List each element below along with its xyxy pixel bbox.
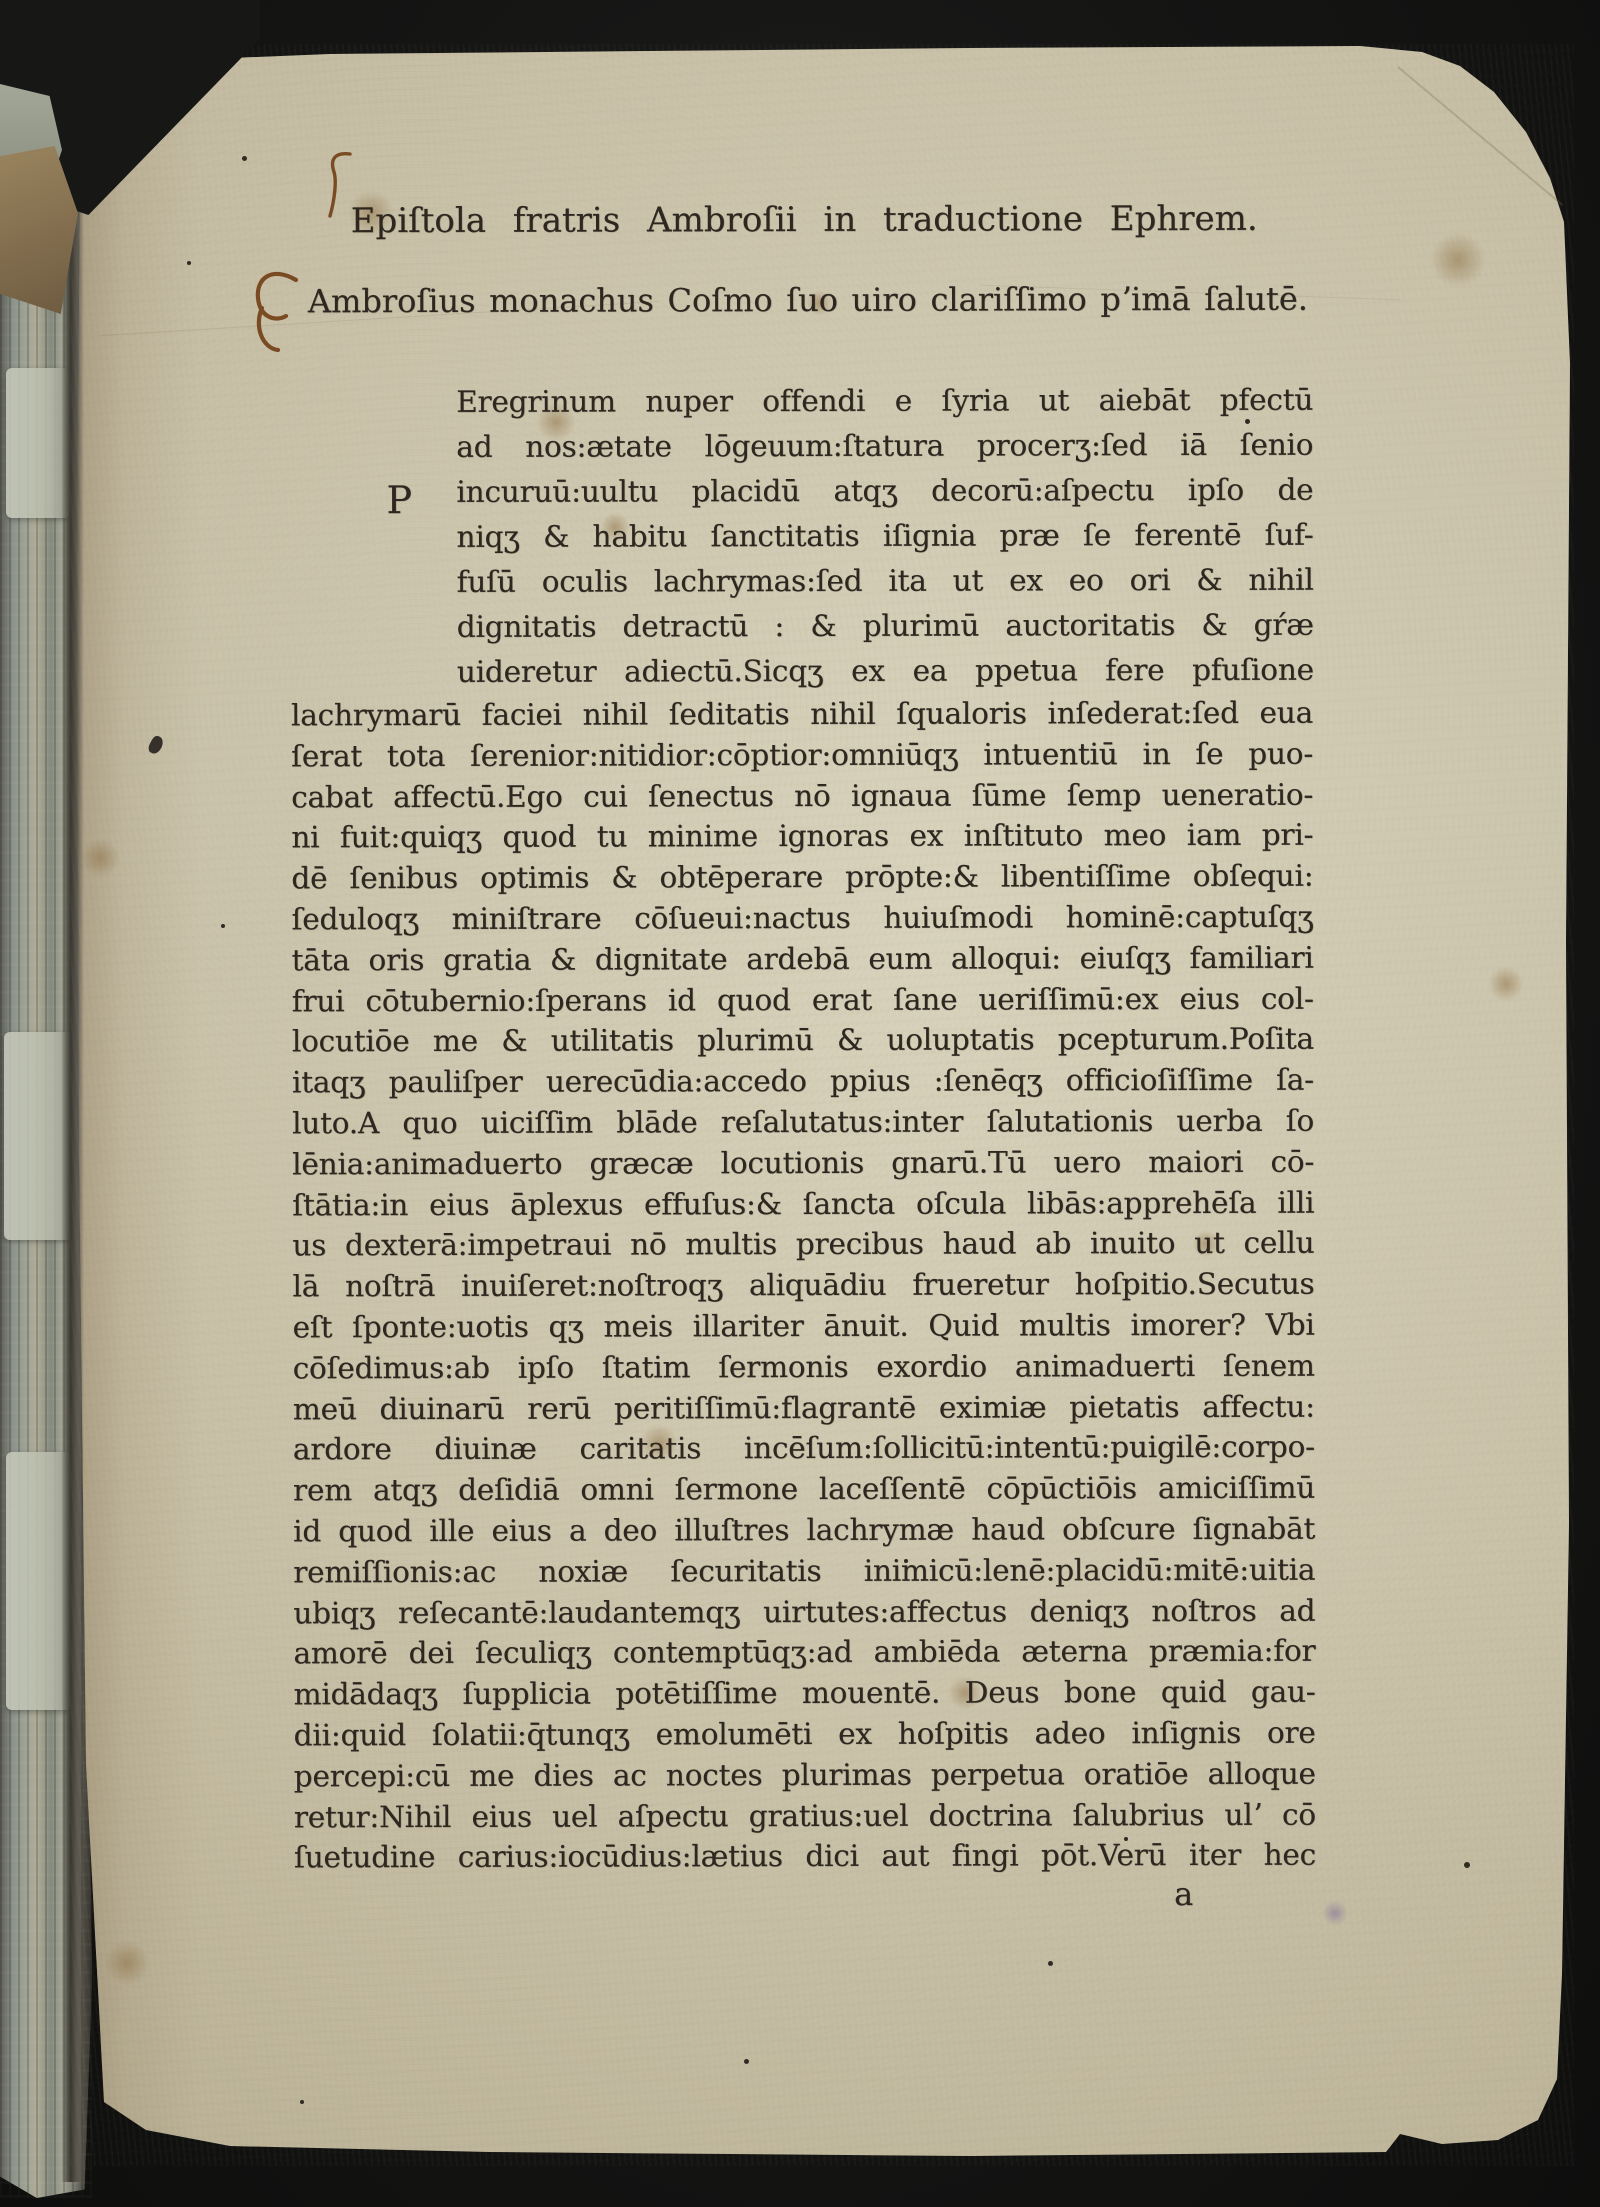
- text-line: id quod ille eius a deo illuſtres lachry…: [293, 1509, 1315, 1552]
- text-line: tāta oris gratia & dignitate ardebā eum …: [292, 937, 1314, 980]
- paragraph-indented-block: Eregrinum nuper offendi e ſyria ut aiebā…: [456, 378, 1314, 695]
- text-line: percepi:cū me dies ac noctes plurimas pe…: [294, 1753, 1316, 1796]
- text-line: ubiqʒ reſecantē:laudantemqʒ uirtutes:aff…: [293, 1590, 1315, 1633]
- text-line: eſt ſponte:uotis qʒ meis illariter ānuit…: [293, 1305, 1315, 1348]
- book-scan-background: Epiſtola fratris Ambroſii in traductione…: [0, 0, 1600, 2207]
- signature-mark: a: [1174, 1875, 1193, 1913]
- text-line: frui cōtubernio:ſperans id quod erat ſan…: [292, 978, 1314, 1021]
- text-line: ni fuit:quiqʒ quod tu minime ignoras ex …: [291, 815, 1313, 858]
- text-line: lēnia:animaduerto græcæ locutionis gnarū…: [292, 1141, 1314, 1184]
- paragraph-full-block: lachrymarū faciei nihil ſeditatis nihil …: [291, 693, 1316, 1879]
- text-line: ſerat tota ſerenior:nitidior:cōptior:omn…: [291, 733, 1313, 776]
- text-line: dignitatis detractū : & plurimū auctorit…: [457, 603, 1314, 650]
- text-line: ſeduloqʒ miniſtrare cōſueui:nactus huiuſ…: [291, 897, 1313, 940]
- text-line: fuſū oculis lachrymas:ſed ita ut ex eo o…: [457, 558, 1314, 605]
- text-line: ad nos:ætate lōgeuum:ſtatura procerʒ:ſed…: [456, 423, 1313, 470]
- text-line: cabat affectū.Ego cui ſenectus nō ignaua…: [291, 774, 1313, 817]
- text-line: lachrymarū faciei nihil ſeditatis nihil …: [291, 693, 1313, 736]
- text-line: cōſedimus:ab ipſo ſtatim ſermonis exordi…: [293, 1345, 1315, 1388]
- text-line: remiſſionis:ac noxiæ ſecuritatis inimicū…: [293, 1549, 1315, 1592]
- text-line: lā noſtrā inuiſeret:noſtroqʒ aliquādiu f…: [292, 1264, 1314, 1307]
- text-line: itaqʒ pauliſper uerecūdia:accedo ppius :…: [292, 1060, 1314, 1103]
- text-line: locutiōe me & utilitatis plurimū & uolup…: [292, 1019, 1314, 1062]
- text-line: ſuetudine carius:iocūdius:lætius dici au…: [294, 1835, 1316, 1878]
- text-line: Eregrinum nuper offendi e ſyria ut aiebā…: [456, 378, 1313, 425]
- text-line: dii:quid ſolatii:q̄tunqʒ emolumēti ex ho…: [294, 1713, 1316, 1756]
- text-line: incuruū:uultu placidū atqʒ decorū:aſpect…: [456, 468, 1313, 515]
- text-line: rem atqʒ deſidiā omni ſermone laceſſentē…: [293, 1468, 1315, 1511]
- heading-line: Ambroſius monachus Coſmo ſuo uiro clariſ…: [308, 276, 1308, 325]
- text-line: luto.A quo uiciſſim blāde reſalutatus:in…: [292, 1101, 1314, 1144]
- text-line: amorē dei ſeculiqʒ contemptūqʒ:ad ambiēd…: [293, 1631, 1315, 1674]
- text-line: ardore diuinæ caritatis incēſum:ſollicit…: [293, 1427, 1315, 1470]
- guide-letter: P: [386, 478, 412, 522]
- text-line: niqʒ & habitu ſanctitatis iſignia præ ſe…: [456, 513, 1313, 560]
- text-line: meū diuinarū rerū peritiſſimū:flagrantē …: [293, 1386, 1315, 1429]
- text-line: us dexterā:impetraui nō multis precibus …: [292, 1223, 1314, 1266]
- text-line: retur:Nihil eius uel aſpectu gratius:uel…: [294, 1794, 1316, 1837]
- heading-line: Epiſtola fratris Ambroſii in traductione…: [351, 196, 1258, 244]
- text-line: midādaqʒ ſupplicia potētiſſime mouentē. …: [293, 1672, 1315, 1715]
- printed-text-layer: Epiſtola fratris Ambroſii in traductione…: [0, 0, 1600, 2207]
- text-line: dē ſenibus optimis & obtēperare prōpte:&…: [291, 856, 1313, 899]
- text-line: ſtātia:in eius āplexus effuſus:& ſancta …: [292, 1182, 1314, 1225]
- text-line: uideretur adiectū.Sicqʒ ex ea ppetua fer…: [457, 648, 1314, 695]
